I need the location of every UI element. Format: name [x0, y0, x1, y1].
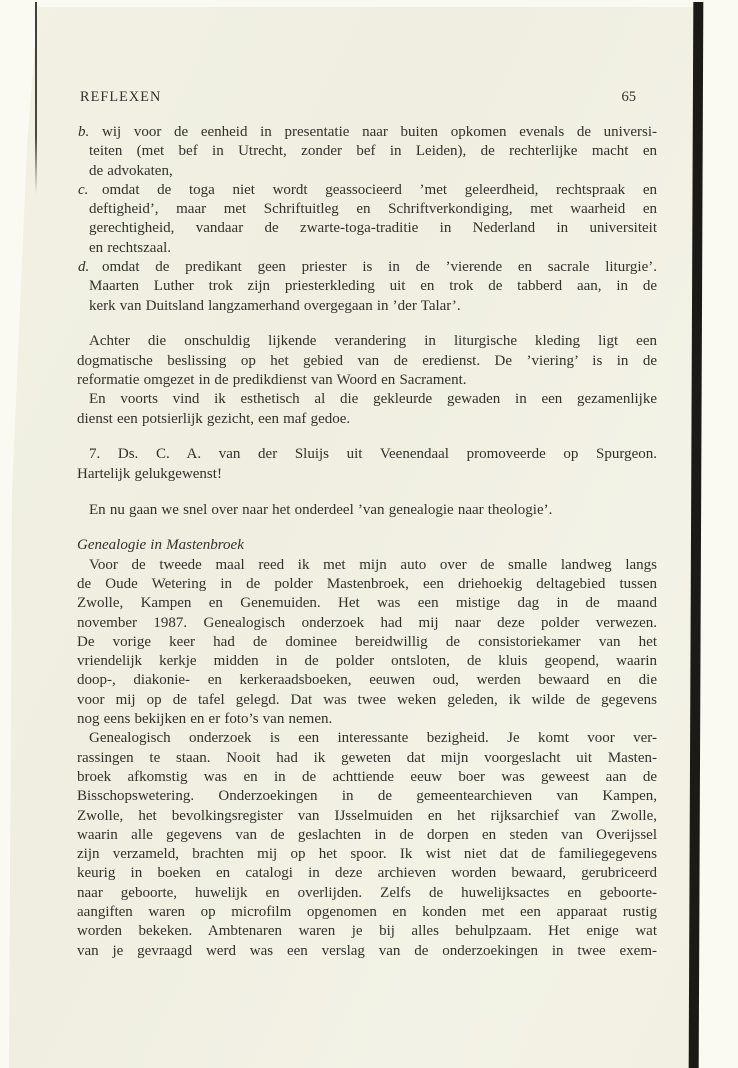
text-line: doop-, diakonie- en kerkeraadsboeken, ee… [77, 671, 657, 690]
text-line: november 1987. Genealogisch onderzoek ha… [77, 614, 657, 633]
text-line: wij voor de eenheid in presentatie naar … [89, 123, 657, 142]
text-line: kerk van Duitsland langzamerhand overgeg… [89, 297, 657, 316]
text-line: omdat de predikant geen priester is in d… [89, 258, 657, 277]
list-item-label: c. [78, 181, 88, 200]
text-line: keurig in boeken en catalogi in deze arc… [77, 864, 657, 883]
text-line: Hartelijk gelukgewenst! [77, 465, 657, 484]
text-line: Genealogisch onderzoek is een interessan… [77, 729, 657, 748]
text-line: voor mij op de tafel gelegd. Dat was twe… [77, 691, 657, 710]
text-line: reformatie omgezet in de predikdienst va… [77, 371, 657, 390]
text-line: naar geboorte, huwelijk en overlijden. Z… [77, 884, 657, 903]
text-line: de advokaten, [89, 162, 657, 181]
text-line: vriendelijk kerkje midden in de polder o… [77, 652, 657, 671]
text-line: waarin alle gegevens van de geslachten i… [77, 826, 657, 845]
text-line: Bisschopswetering. Onderzoekingen in de … [77, 787, 657, 806]
text-line: teiten (met bef in Utrecht, zonder bef i… [89, 142, 657, 161]
list-item: c.omdat de toga niet wordt geassocieerd … [89, 181, 657, 258]
paragraph: Voor de tweede maal reed ik met mijn aut… [77, 556, 657, 730]
text-line: worden bekeken. Ambtenaren waren je bij … [77, 922, 657, 941]
list-item: b.wij voor de eenheid in presentatie naa… [89, 123, 657, 181]
text-line: dogmatische beslissing op het gebied van… [77, 352, 657, 371]
text-line: deftigheid’, maar met Schriftuitleg en S… [89, 200, 657, 219]
paragraph: En nu gaan we snel over naar het onderde… [77, 501, 657, 520]
page-edge-line [35, 2, 37, 194]
text-line: Achter die onschuldig lijkende veranderi… [77, 332, 657, 351]
text-line: Zwolle, het bevolkingsregister van IJsse… [77, 807, 657, 826]
text-line: Voor de tweede maal reed ik met mijn aut… [77, 556, 657, 575]
text-line: rassingen te staan. Nooit had ik geweten… [77, 749, 657, 768]
text-line: De vorige keer had de dominee bereidwill… [77, 633, 657, 652]
text-line: dienst een potsierlijk gezicht, een maf … [77, 410, 657, 429]
paragraph: Genealogisch onderzoek is een interessan… [77, 729, 657, 961]
text-line: Genealogie in Mastenbroek [77, 536, 657, 555]
text-line: En nu gaan we snel over naar het onderde… [77, 501, 657, 520]
text-line: nog eens bekijken en er foto’s van nemen… [77, 710, 657, 729]
body-column: b.wij voor de eenheid in presentatie naa… [77, 123, 657, 961]
paragraph: En voorts vind ik esthetisch al die gekl… [77, 390, 657, 429]
paragraph: 7. Ds. C. A. van der Sluijs uit Veenenda… [77, 445, 657, 484]
list-item-label: d. [78, 258, 89, 277]
page-number: 65 [622, 89, 637, 106]
section-heading: Genealogie in Mastenbroek [77, 536, 657, 555]
text-line: zijn verzameld, brachten mij op het spoo… [77, 845, 657, 864]
text-line: de Oude Wetering in de polder Mastenbroe… [77, 575, 657, 594]
scanned-book-page: REFLEXEN 65 b.wij voor de eenheid in pre… [0, 0, 738, 1068]
list-item-label: b. [78, 123, 89, 142]
text-line: Maarten Luther trok zijn priesterkleding… [89, 277, 657, 296]
text-line: broek afkomstig was en in de achttiende … [77, 768, 657, 787]
text-line: en rechtszaal. [89, 239, 657, 258]
text-line: aangiften waren op microfilm opgenomen e… [77, 903, 657, 922]
text-line: omdat de toga niet wordt geassocieerd ’m… [89, 181, 657, 200]
page-header: REFLEXEN 65 [77, 89, 657, 106]
text-line: gerechtigheid, vandaar de zwarte-toga-tr… [89, 219, 657, 238]
text-line: van je gevraagd werd was een verslag van… [77, 942, 657, 961]
list-item: d.omdat de predikant geen priester is in… [89, 258, 657, 316]
text-line: Zwolle, Kampen en Genemuiden. Het was ee… [77, 594, 657, 613]
running-title: REFLEXEN [80, 89, 161, 106]
text-line: 7. Ds. C. A. van der Sluijs uit Veenenda… [77, 445, 657, 464]
text-line: En voorts vind ik esthetisch al die gekl… [77, 390, 657, 409]
paragraph: Achter die onschuldig lijkende veranderi… [77, 332, 657, 390]
